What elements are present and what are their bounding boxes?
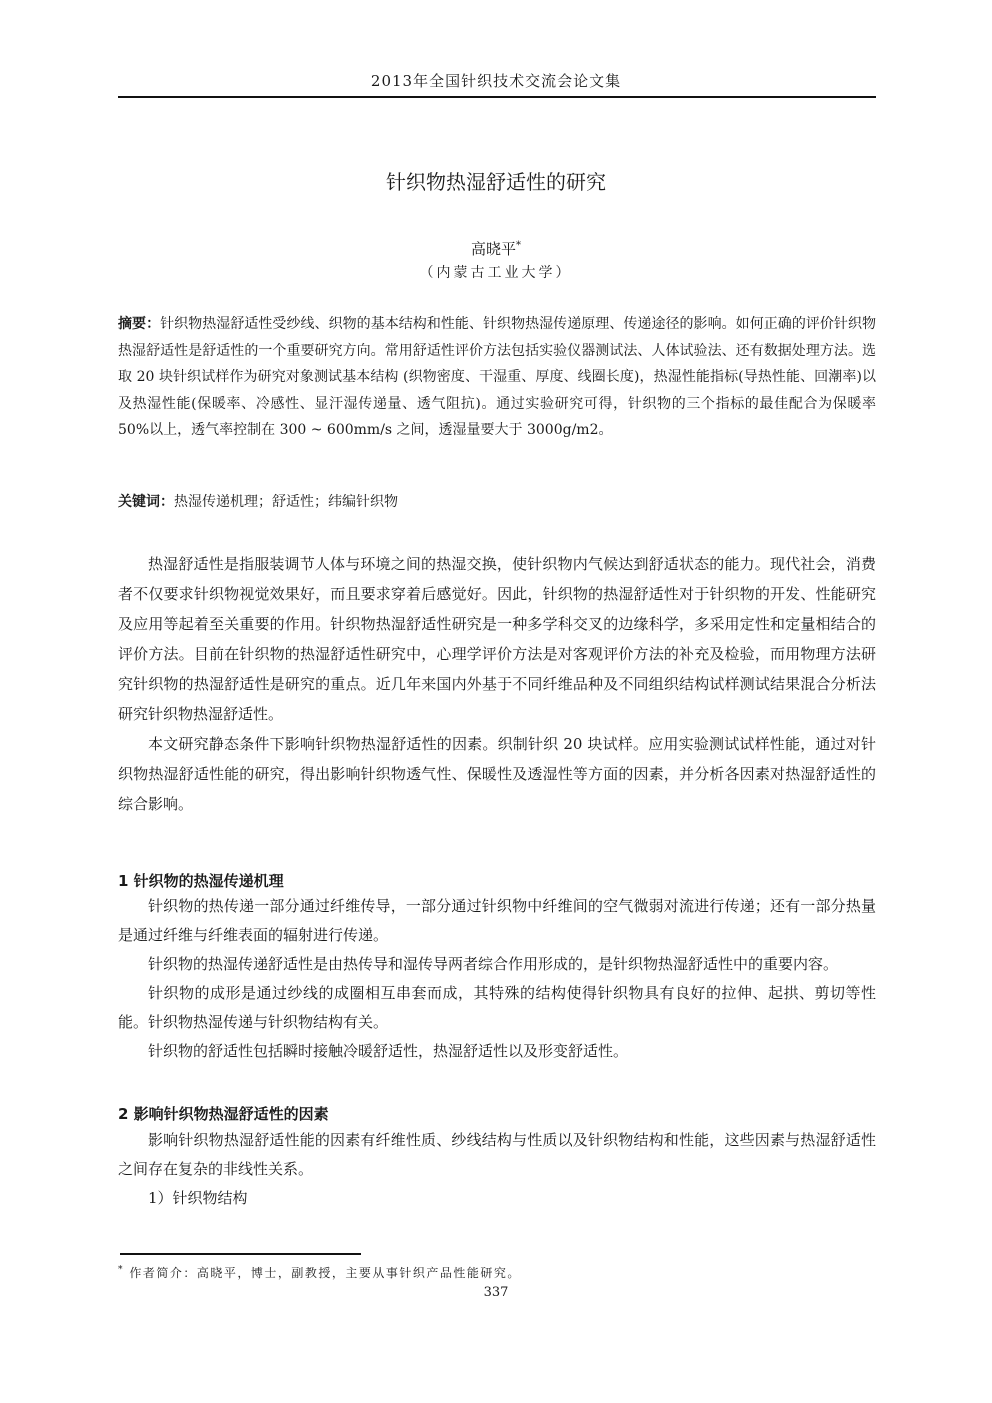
footnote-text: 作者简介：高晓平，博士，副教授，主要从事针织产品性能研究。 <box>129 1266 521 1280</box>
section-heading: 2 影响针织物热湿舒适性的因素 <box>118 1103 876 1124</box>
paragraph: 热湿舒适性是指服装调节人体与环境之间的热湿交换，使针织物内气候达到舒适状态的能力… <box>118 549 876 729</box>
author-name: 高晓平 <box>471 240 516 258</box>
keywords: 关键词：热湿传递机理；舒适性；纬编针织物 <box>118 489 876 515</box>
header-rule <box>118 96 876 98</box>
footnote: * 作者简介：高晓平，博士，副教授，主要从事针织产品性能研究。 <box>118 1264 521 1281</box>
section-heading: 1 针织物的热湿传递机理 <box>118 870 876 891</box>
footnote-rule <box>120 1253 361 1255</box>
paragraph: 影响针织物热湿舒适性能的因素有纤维性质、纱线结构与性质以及针织物结构和性能，这些… <box>118 1126 876 1184</box>
paragraph: 针织物的热传递一部分通过纤维传导，一部分通过针织物中纤维间的空气微弱对流进行传递… <box>118 892 876 950</box>
page-number: 337 <box>0 1285 992 1300</box>
paragraph: 本文研究静态条件下影响针织物热湿舒适性的因素。织制针织 20 块试样。应用实验测… <box>118 729 876 819</box>
section-body: 影响针织物热湿舒适性能的因素有纤维性质、纱线结构与性质以及针织物结构和性能，这些… <box>118 1126 876 1213</box>
paragraph: 针织物的热湿传递舒适性是由热传导和湿传导两者综合作用形成的，是针织物热湿舒适性中… <box>118 950 876 979</box>
running-header: 2013年全国针织技术交流会论文集 <box>0 70 992 91</box>
section-body: 针织物的热传递一部分通过纤维传导，一部分通过针织物中纤维间的空气微弱对流进行传递… <box>118 892 876 1066</box>
affiliation: （内蒙古工业大学） <box>0 262 992 282</box>
paragraph: 针织物的成形是通过纱线的成圈相互串套而成，其特殊的结构使得针织物具有良好的拉伸、… <box>118 979 876 1037</box>
subheading: 1）针织物结构 <box>118 1184 876 1213</box>
paper-title: 针织物热湿舒适性的研究 <box>0 166 992 195</box>
abstract: 摘要：针织物热湿舒适性受纱线、织物的基本结构和性能、针织物热湿传递原理、传递途径… <box>118 311 876 444</box>
paragraph: 针织物的舒适性包括瞬时接触冷暖舒适性，热湿舒适性以及形变舒适性。 <box>118 1037 876 1066</box>
abstract-text: 针织物热湿舒适性受纱线、织物的基本结构和性能、针织物热湿传递原理、传递途径的影响… <box>118 316 876 438</box>
introduction: 热湿舒适性是指服装调节人体与环境之间的热湿交换，使针织物内气候达到舒适状态的能力… <box>118 549 876 819</box>
keywords-label: 关键词： <box>118 494 174 510</box>
author-footnote-marker: * <box>516 240 521 251</box>
footnote-marker: * <box>118 1265 124 1275</box>
author: 高晓平* <box>0 238 992 259</box>
abstract-label: 摘要： <box>118 316 160 332</box>
keywords-text: 热湿传递机理；舒适性；纬编针织物 <box>174 494 398 510</box>
